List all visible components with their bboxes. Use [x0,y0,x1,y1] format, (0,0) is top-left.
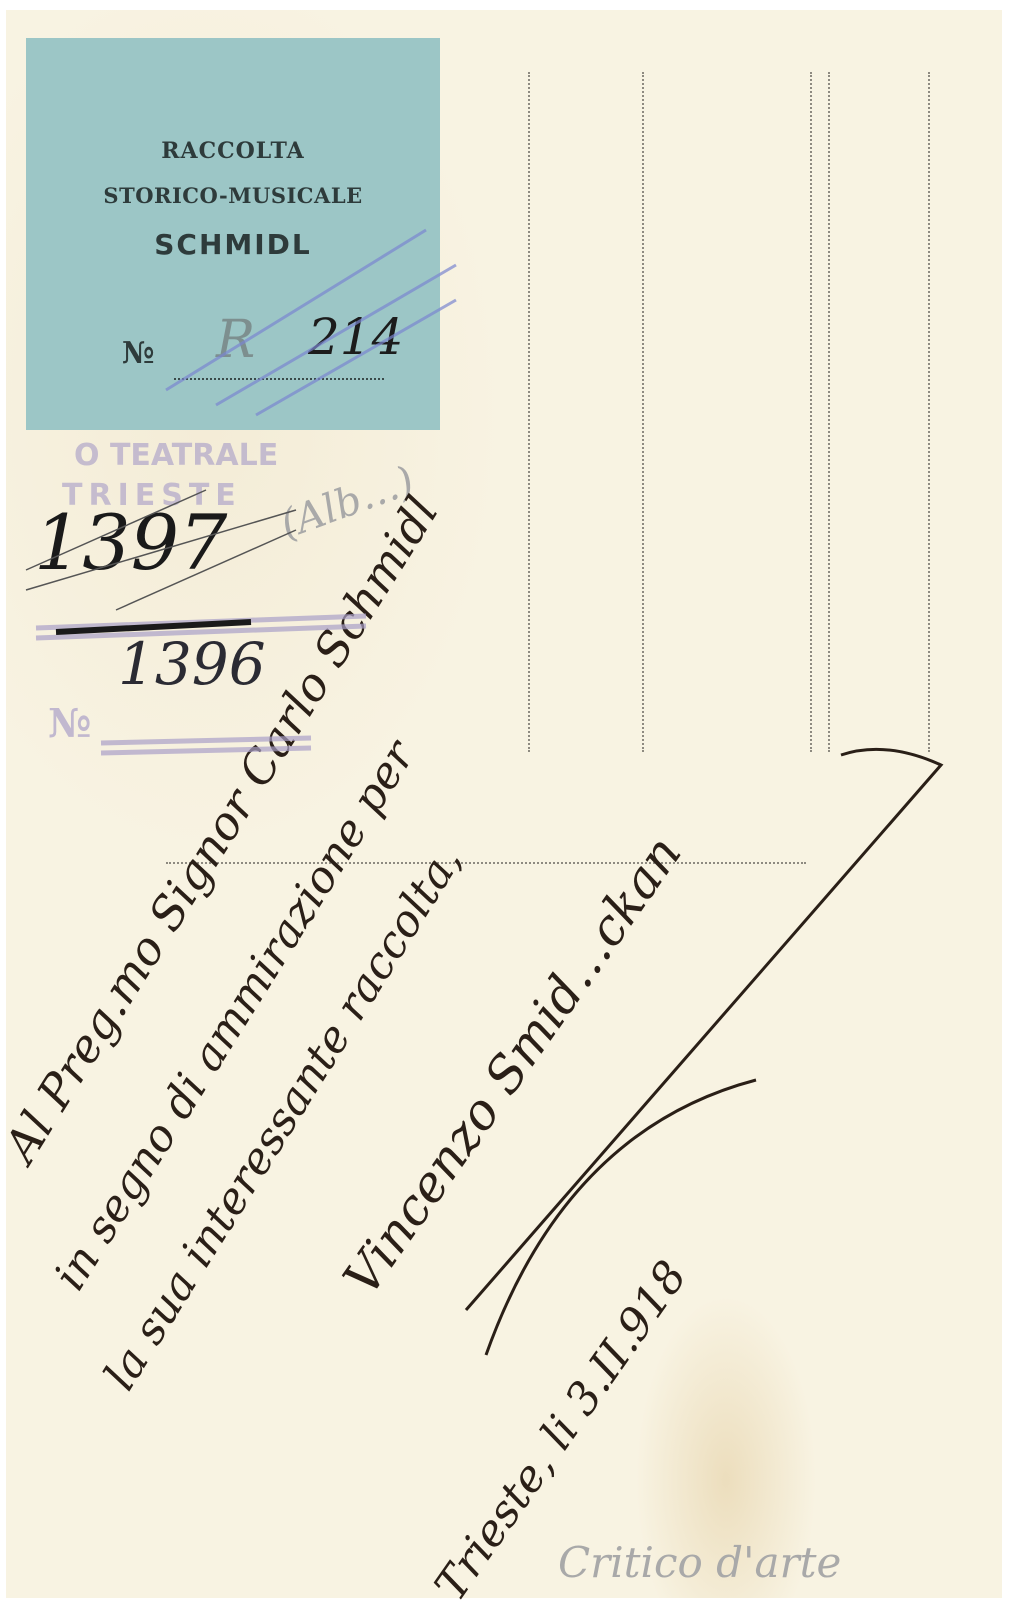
ink-strokes [6,10,1002,1598]
postcard: PROPRIETÀ O TEATRALE TRIESTE RACCOLTA ST… [6,10,1002,1598]
